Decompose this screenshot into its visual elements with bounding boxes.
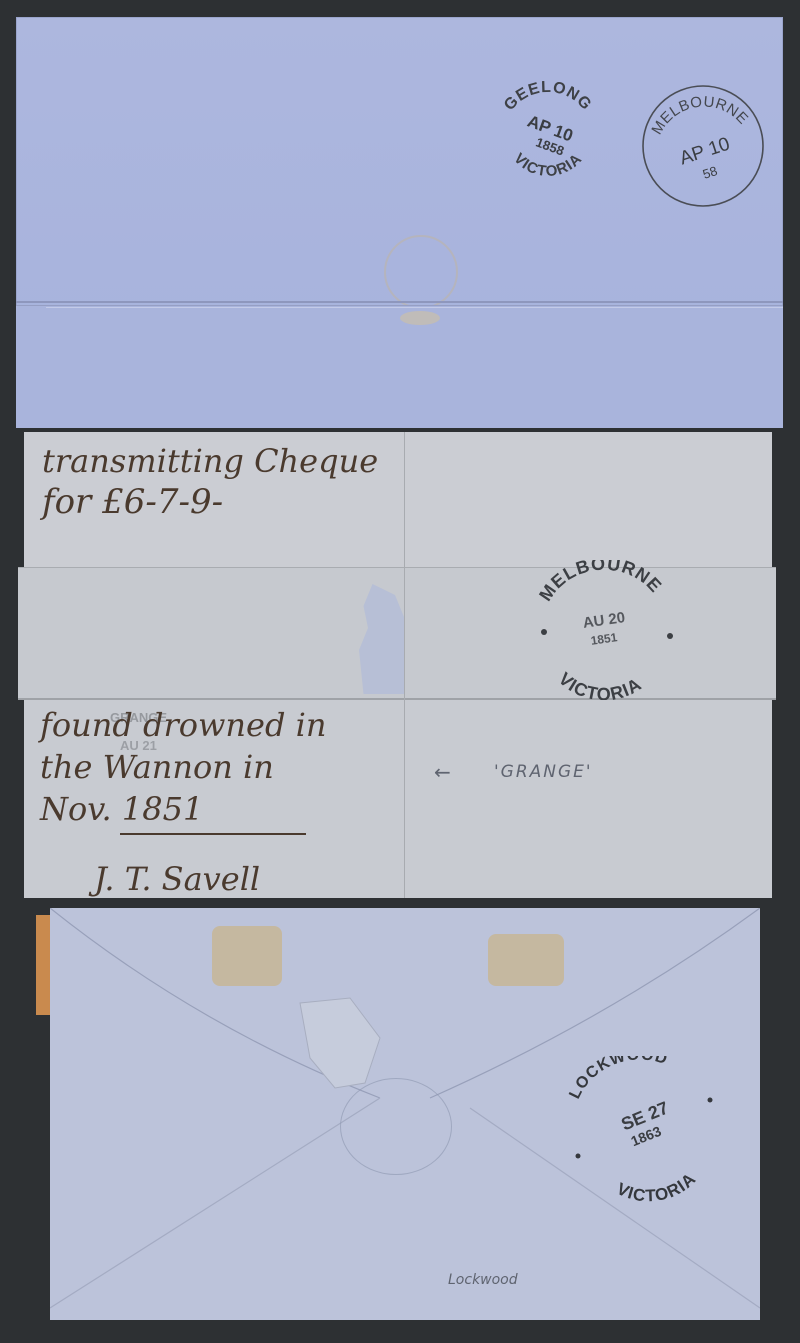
pencil-note-lockwood: Lockwood [448,1272,518,1288]
paper-tear [359,584,404,694]
cover-lower-flap [16,305,783,428]
signature: J. T. Savell [94,862,260,897]
cover-geelong-melbourne: GEELONG VICTORIA AP 10 1858 MELBOURNE AP… [16,17,783,427]
fold-line [16,301,783,303]
docket-line: transmitting Cheque [42,444,378,479]
pencil-note: 'GRANGE' [494,762,593,782]
svg-text:VICTORIA: VICTORIA [555,669,646,700]
fold-line [46,307,783,308]
postmark-geelong: GEELONG VICTORIA AP 10 1858 [488,75,608,195]
underline [120,833,306,835]
wax-seal-ghost [384,235,458,309]
cover-melbourne-grange: transmitting Cheque for £6-7-9- MELBOURN… [24,432,772,898]
docket-line: the Wannon in [40,750,274,785]
postmark-lockwood: LOCKWOOD VICTORIA SE 27 1863 [560,1056,730,1206]
vertical-fold-line [404,432,405,898]
pencil-arrow: ← [434,760,451,784]
hinge-stain [212,926,282,986]
envelope-lockwood: LOCKWOOD VICTORIA SE 27 1863 Lockwood [50,908,760,1320]
embossed-seal [340,1078,452,1175]
postmark-melbourne: MELBOURNE AP 10 58 [640,83,766,209]
docket-line: for £6-7-9- [42,484,223,521]
svg-text:VICTORIA: VICTORIA [614,1169,700,1206]
hinge-stain [488,934,564,986]
docket-line: Nov. 1851 [40,792,203,827]
svg-text:MELBOURNE: MELBOURNE [535,560,666,605]
postmark-melbourne-1851: MELBOURNE VICTORIA AU 20 1851 [524,560,684,700]
svg-text:GEELONG: GEELONG [501,79,595,114]
svg-text:LOCKWOOD: LOCKWOOD [566,1056,669,1102]
postmark-ring-icon: MELBOURNE VICTORIA [524,560,684,700]
seal-stain [400,311,440,325]
docket-line: found drowned in [40,708,326,743]
envelope-hinge-tab [36,915,50,1015]
